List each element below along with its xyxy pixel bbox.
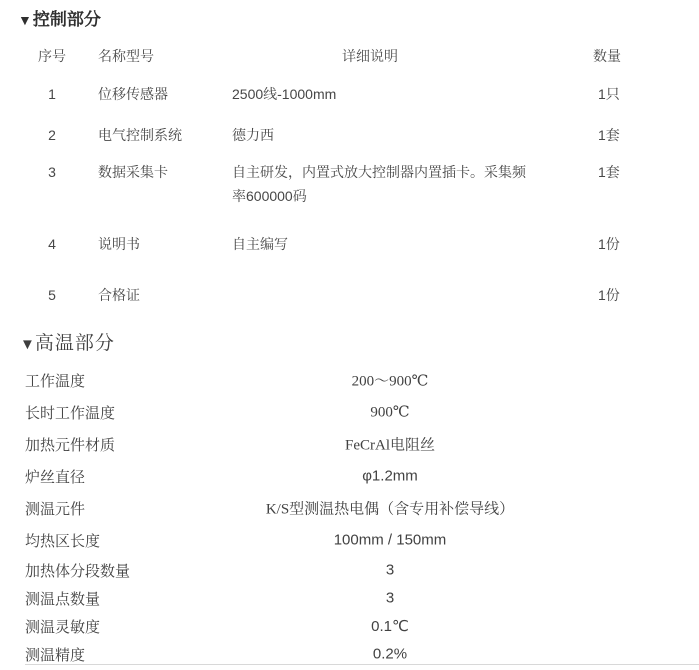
spec-value: K/S型测温热电偶（含专用补偿导线） — [25, 498, 699, 519]
item-qty-cell: 1套 — [544, 160, 699, 208]
item-desc-text: 德力西 — [232, 123, 532, 147]
control-section-title-text: 控制部分 — [33, 10, 101, 29]
control-section-title: ▼控制部分 — [18, 8, 699, 32]
spec-row: 长时工作温度 900℃ — [0, 396, 699, 428]
table-row: 3 数据采集卡 自主研发，内置式放大控制器内置插卡。采集频率600000码 1套 — [0, 160, 699, 208]
row-number-cell: 1 — [30, 82, 74, 106]
table-row: 5 合格证 1份 — [0, 283, 699, 307]
spec-row: 均热区长度 100mm / 150mm — [0, 524, 699, 556]
spec-value: 0.2% — [25, 646, 699, 663]
header-seq: 序号 — [30, 44, 74, 68]
spec-value: 900℃ — [25, 403, 699, 422]
item-name-cell: 数据采集卡 — [74, 160, 208, 208]
spec-value: 100mm / 150mm — [25, 532, 699, 549]
table-header-row: 序号 名称型号 详细说明 数量 — [0, 44, 699, 68]
item-desc-cell: 自主研发，内置式放大控制器内置插卡。采集频率600000码 — [208, 160, 544, 208]
spec-value: 3 — [25, 590, 699, 607]
item-qty-cell: 1份 — [544, 283, 699, 307]
table-row: 4 说明书 自主编写 1份 — [0, 232, 699, 256]
triangle-down-icon: ▼ — [20, 337, 35, 353]
row-number-cell: 3 — [30, 160, 74, 208]
spec-row: 测温点数量 3 — [0, 584, 699, 612]
header-qty: 数量 — [544, 44, 699, 68]
spec-row: 测温元件 K/S型测温热电偶（含专用补偿导线） — [0, 492, 699, 524]
item-qty-cell: 1份 — [544, 232, 699, 256]
bottom-divider — [25, 664, 699, 665]
spec-value: 3 — [25, 562, 699, 579]
spec-value: 200～900℃ — [25, 370, 699, 391]
spec-row: 炉丝直径 φ1.2mm — [0, 460, 699, 492]
item-name-cell: 位移传感器 — [74, 82, 208, 106]
high-temp-section-title-text: 高温部分 — [35, 333, 115, 354]
table-row: 2 电气控制系统 德力西 1套 — [0, 123, 699, 147]
header-desc: 详细说明 — [208, 44, 532, 68]
item-desc-cell: 德力西 — [208, 123, 544, 147]
header-name: 名称型号 — [74, 44, 208, 68]
spec-row: 加热体分段数量 3 — [0, 556, 699, 584]
item-desc-cell: 2500线-1000mm — [208, 82, 544, 106]
spec-row: 加热元件材质 FeCrAl电阻丝 — [0, 428, 699, 460]
item-desc-text: 自主研发，内置式放大控制器内置插卡。采集频率600000码 — [232, 160, 532, 208]
high-temp-section-title: ▼高温部分 — [20, 331, 699, 358]
item-name-cell: 说明书 — [74, 232, 208, 256]
spec-row: 工作温度 200～900℃ — [0, 364, 699, 396]
high-temp-spec-list: 工作温度 200～900℃ 长时工作温度 900℃ 加热元件材质 FeCrAl电… — [0, 364, 699, 668]
row-number-cell: 5 — [30, 283, 74, 307]
spec-value: 0.1℃ — [25, 617, 699, 635]
item-desc-text: 自主编写 — [232, 232, 532, 256]
item-desc-cell: 自主编写 — [208, 232, 544, 256]
spec-value: φ1.2mm — [25, 468, 699, 485]
row-number-cell: 2 — [30, 123, 74, 147]
table-row: 1 位移传感器 2500线-1000mm 1只 — [0, 82, 699, 106]
item-name-cell: 电气控制系统 — [74, 123, 208, 147]
row-number-cell: 4 — [30, 232, 74, 256]
item-desc-text: 2500线-1000mm — [232, 82, 532, 106]
item-desc-cell — [208, 283, 544, 307]
item-qty-cell: 1套 — [544, 123, 699, 147]
item-name-cell: 合格证 — [74, 283, 208, 307]
product-spec-page: ▼控制部分 序号 名称型号 详细说明 数量 1 位移传感器 2500线-1000… — [0, 8, 699, 668]
spec-value: FeCrAl电阻丝 — [25, 434, 699, 455]
spec-row: 测温灵敏度 0.1℃ — [0, 612, 699, 640]
item-qty-cell: 1只 — [544, 82, 699, 106]
control-parts-table: 序号 名称型号 详细说明 数量 1 位移传感器 2500线-1000mm 1只 … — [0, 44, 699, 307]
triangle-down-icon: ▼ — [18, 12, 32, 28]
